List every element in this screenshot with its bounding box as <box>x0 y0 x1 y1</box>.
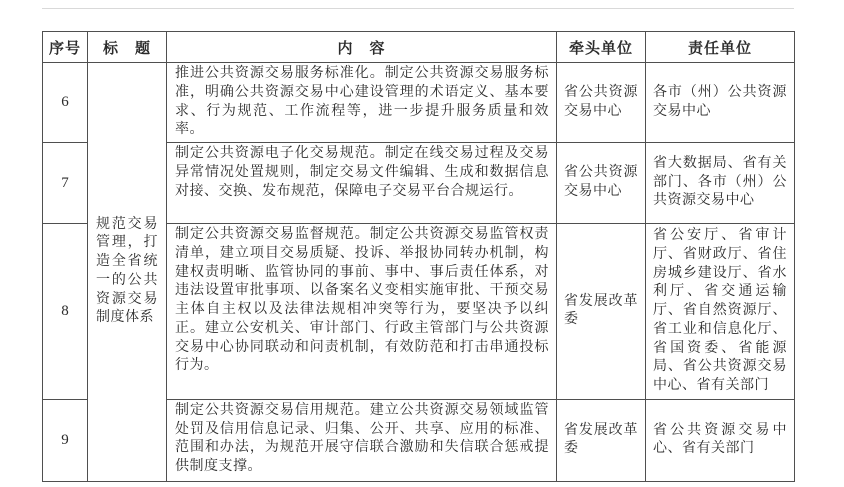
lead-unit-cell: 省发展改革委 <box>557 399 646 481</box>
responsible-unit-cell: 各市（州）公共资源交易中心 <box>646 63 795 143</box>
row-number: 9 <box>43 399 88 481</box>
table-row: 6 规范交易管理，打造全省统一的公共资源交易制度体系 推进公共资源交易服务标准化… <box>43 63 795 143</box>
responsible-unit-cell: 省大数据局、省有关部门、各市（州）公共资源交易中心 <box>646 143 795 224</box>
responsible-unit-cell: 省公安厅、省审计厅、省财政厅、省住房城乡建设厅、省水利厅、省交通运输厅、省自然资… <box>646 224 795 400</box>
document-page: 序号 标 题 内 容 牵头单位 责任单位 6 规范交易管理，打造全省统一的公共资… <box>0 0 844 487</box>
cropped-row-artifact-line <box>42 8 794 9</box>
lead-unit-cell: 省公共资源交易中心 <box>557 143 646 224</box>
lead-unit-cell: 省公共资源交易中心 <box>557 63 646 143</box>
content-cell: 制定公共资源电子化交易规范。制定在线交易过程及交易异常情况处置规则，制定交易文件… <box>167 143 557 224</box>
col-header-responsible-unit: 责任单位 <box>646 32 795 63</box>
content-cell: 制定公共资源交易监督规范。制定公共资源交易监管权责清单，建立项目交易质疑、投诉、… <box>167 224 557 400</box>
responsible-unit-cell: 省公共资源交易中心、省有关部门 <box>646 399 795 481</box>
col-header-title: 标 题 <box>88 32 167 63</box>
col-header-lead-unit: 牵头单位 <box>557 32 646 63</box>
lead-unit-cell: 省发展改革委 <box>557 224 646 400</box>
table-header-row: 序号 标 题 内 容 牵头单位 责任单位 <box>43 32 795 63</box>
row-number: 6 <box>43 63 88 143</box>
content-cell: 推进公共资源交易服务标准化。制定公共资源交易服务标准，明确公共资源交易中心建设管… <box>167 63 557 143</box>
row-number: 8 <box>43 224 88 400</box>
row-number: 7 <box>43 143 88 224</box>
content-cell: 制定公共资源交易信用规范。建立公共资源交易领域监管处罚及信用信息记录、归集、公开… <box>167 399 557 481</box>
col-header-content: 内 容 <box>167 32 557 63</box>
title-merged-cell: 规范交易管理，打造全省统一的公共资源交易制度体系 <box>88 63 167 482</box>
implementation-tasks-table: 序号 标 题 内 容 牵头单位 责任单位 6 规范交易管理，打造全省统一的公共资… <box>42 31 795 482</box>
col-header-no: 序号 <box>43 32 88 63</box>
